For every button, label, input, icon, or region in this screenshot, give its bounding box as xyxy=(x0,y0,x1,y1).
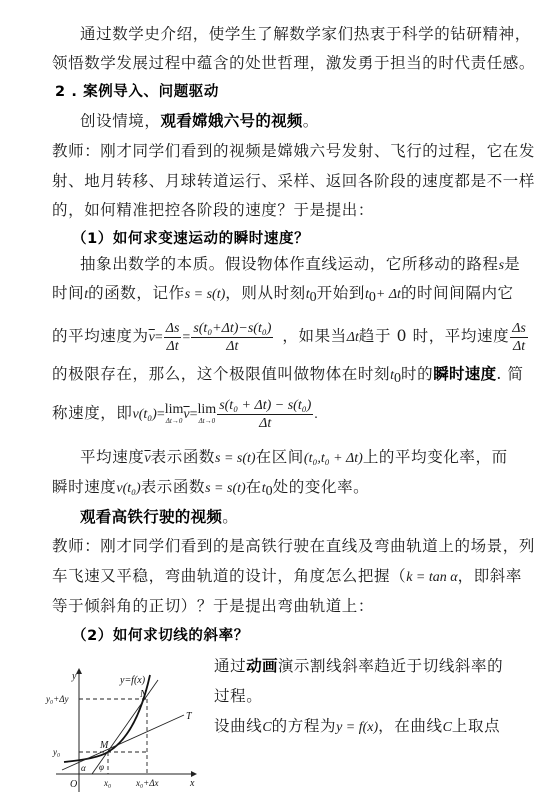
x-axis-label: x xyxy=(189,778,195,789)
tangent-label: T xyxy=(186,711,193,722)
point-n-label: N xyxy=(139,689,148,700)
y0dy-label: y₀+Δy xyxy=(45,694,68,704)
alpha-label: α xyxy=(81,763,86,773)
y-axis-label: y xyxy=(71,671,77,682)
x0-label: x₀ xyxy=(103,778,111,788)
point-m-label: M xyxy=(99,740,109,751)
y0-label: y₀ xyxy=(52,747,60,757)
tangent-line xyxy=(62,715,184,770)
curve-label: y=f(x) xyxy=(119,675,146,686)
x0dx-label: x₀+Δx xyxy=(135,778,158,788)
secant-line xyxy=(92,680,158,774)
origin-label: O xyxy=(70,779,77,790)
phi-label: φ xyxy=(99,762,104,772)
tangent-secant-figure: y x y=f(x) N M T O α φ y₀ y₀+Δy x₀ x₀+Δx xyxy=(0,0,542,805)
